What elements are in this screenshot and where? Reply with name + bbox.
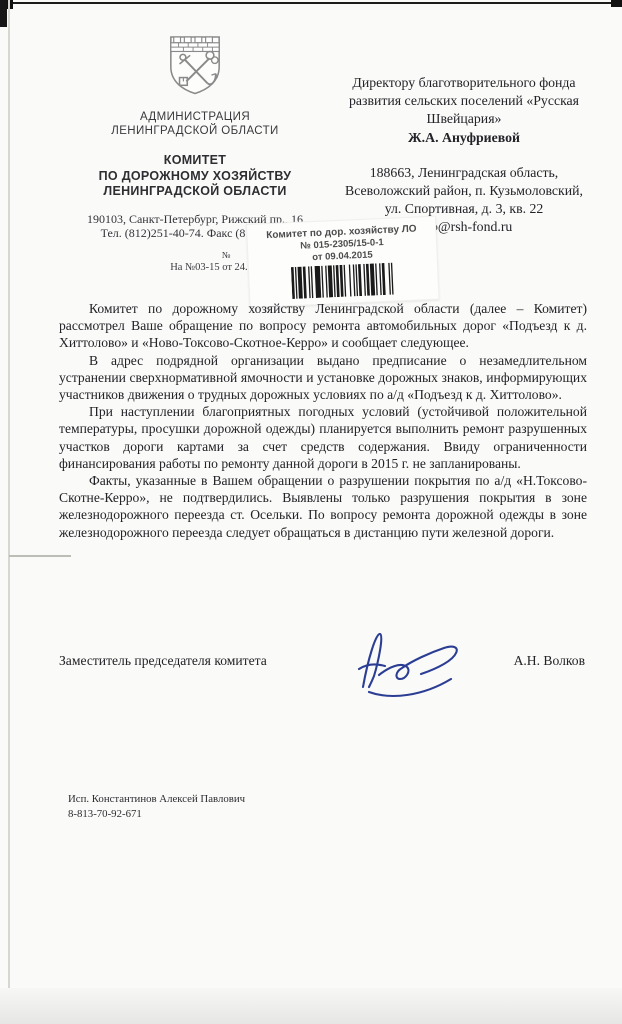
scan-strip-left xyxy=(0,0,7,27)
handwritten-signature xyxy=(349,621,479,701)
recipient-block: Директору благотворительного фонда разви… xyxy=(318,74,610,236)
committee-name-line3: ЛЕНИНГРАДСКОЙ ОБЛАСТИ xyxy=(55,184,335,200)
org-name-line2: ЛЕНИНГРАДСКОЙ ОБЛАСТИ xyxy=(55,124,335,138)
barcode-icon xyxy=(291,263,396,300)
signature-row: Заместитель председателя комитета А.Н. В… xyxy=(59,645,587,715)
signatory-title: Заместитель председателя комитета xyxy=(59,653,267,669)
paragraph-4: Факты, указанные в Вашем обращении о раз… xyxy=(59,472,587,541)
recipient-line2: развития сельских поселений «Русская xyxy=(318,92,610,110)
scan-bottom-shade xyxy=(0,988,622,1024)
committee-name-line1: КОМИТЕТ xyxy=(55,153,335,169)
scan-edge-top xyxy=(10,2,616,4)
scan-artifact-dash xyxy=(9,555,71,557)
recipient-address-line3: ул. Спортивная, д. 3, кв. 22 xyxy=(318,200,610,218)
recipient-line1: Директору благотворительного фонда xyxy=(318,74,610,92)
registration-stamp: Комитет по дор. хозяйству ЛО № 015-2305/… xyxy=(246,216,439,308)
recipient-name: Ж.А. Ануфриевой xyxy=(318,129,610,147)
executor-name: Исп. Константинов Алексей Павлович xyxy=(68,792,245,807)
committee-name-line2: ПО ДОРОЖНОМУ ХОЗЯЙСТВУ xyxy=(55,169,335,185)
recipient-address-line2: Всеволожский район, п. Кузьмоловский, xyxy=(318,182,610,200)
coat-of-arms-icon xyxy=(166,34,224,96)
org-name-line1: АДМИНИСТРАЦИЯ xyxy=(55,110,335,124)
executor-phone: 8-813-70-92-671 xyxy=(68,807,245,822)
scan-corner-top-right xyxy=(611,0,622,7)
signatory-name: А.Н. Волков xyxy=(514,653,585,669)
executor-footer: Исп. Константинов Алексей Павлович 8-813… xyxy=(68,792,245,822)
recipient-address-line1: 188663, Ленинградская область, xyxy=(318,164,610,182)
letter-body: Комитет по дорожному хозяйству Ленинград… xyxy=(59,300,587,541)
recipient-line3: Швейцария» xyxy=(318,110,610,128)
paragraph-1: Комитет по дорожному хозяйству Ленинград… xyxy=(59,300,587,352)
paragraph-2: В адрес подрядной организации выдано пре… xyxy=(59,352,587,404)
scanned-letter-page: АДМИНИСТРАЦИЯ ЛЕНИНГРАДСКОЙ ОБЛАСТИ КОМИ… xyxy=(0,0,622,1024)
paragraph-3: При наступлении благоприятных погодных у… xyxy=(59,403,587,472)
scan-page-edge-line xyxy=(8,0,10,1024)
